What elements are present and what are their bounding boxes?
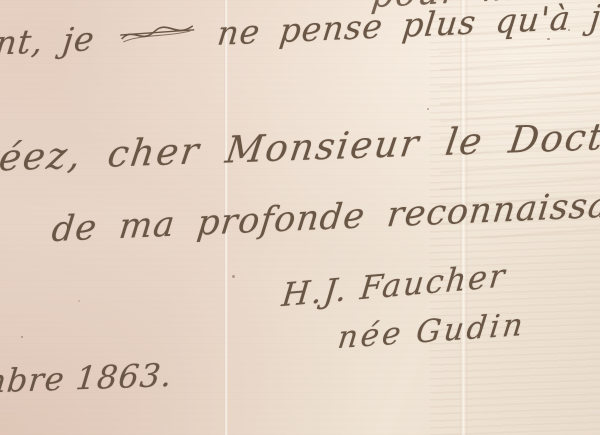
ink-speck: [21, 336, 23, 338]
letter-photograph: pour mes int, je ne pense plus qu'à jour…: [0, 0, 600, 435]
ink-speck: [232, 275, 235, 278]
foxing-spot: [78, 300, 80, 302]
ink-speck: [427, 108, 429, 110]
scribbled-out-word: [118, 15, 196, 57]
line1-left-fragment: int, je: [0, 19, 97, 63]
